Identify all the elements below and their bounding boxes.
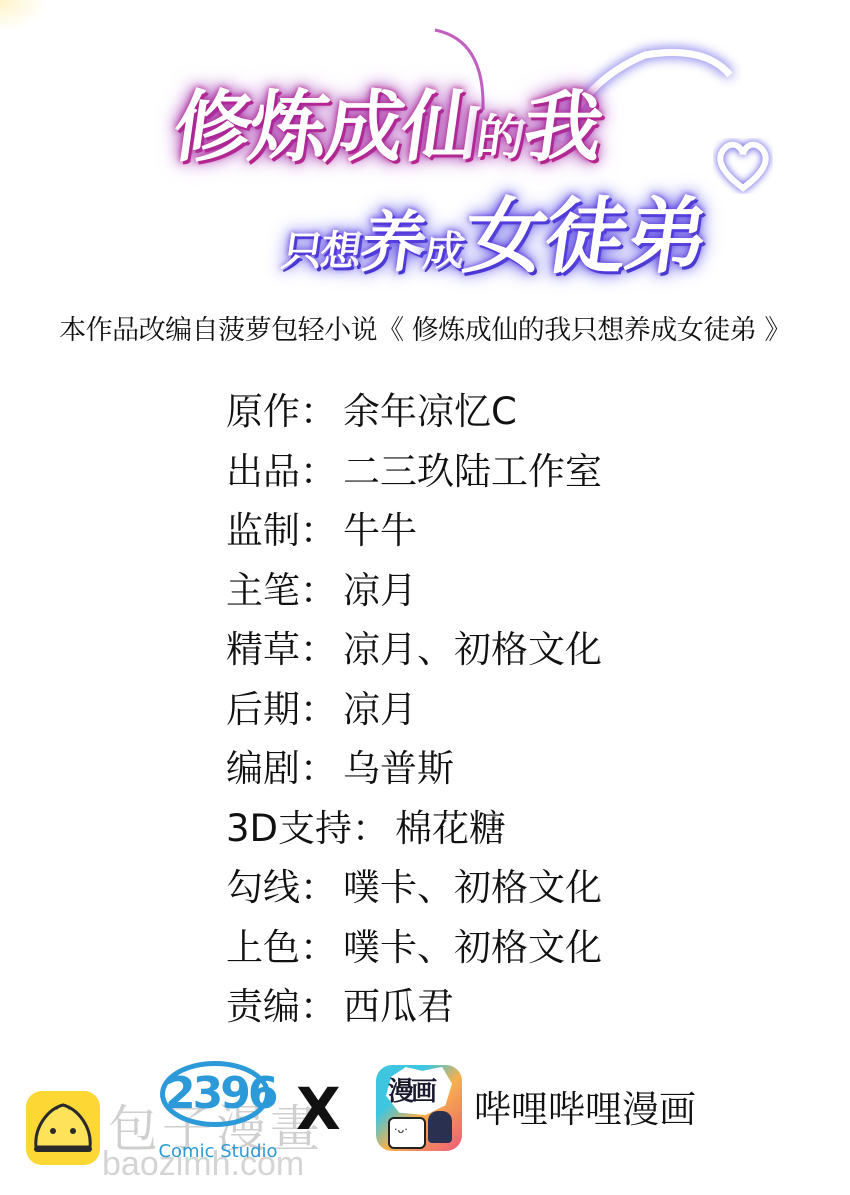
credit-value: 凉月 bbox=[343, 563, 417, 619]
credit-label: 勾线： bbox=[226, 860, 337, 916]
source-attribution: 本作品改编自菠萝包轻小说《 修炼成仙的我只想养成女徒弟 》 bbox=[0, 308, 850, 347]
credit-label: 精草： bbox=[226, 622, 337, 678]
bili-icon-text: 漫画 bbox=[388, 1071, 434, 1108]
title-text-b: 养 bbox=[356, 204, 431, 281]
bilibili-comics-app-icon: 漫画 ·ᴗ· bbox=[376, 1065, 462, 1151]
mascot-face: ·ᴗ· bbox=[394, 1123, 408, 1136]
credit-row-producer: 出品：二三玖陆工作室 bbox=[226, 444, 602, 504]
partner-name: 哔哩哔哩漫画 bbox=[474, 1079, 696, 1133]
credit-row-editor: 责编：西瓜君 bbox=[226, 979, 602, 1039]
title-text-end: 我 bbox=[518, 83, 607, 173]
credit-value: 牛牛 bbox=[343, 503, 417, 559]
corner-decoration bbox=[0, 0, 45, 30]
credit-row-writer: 编剧：乌普斯 bbox=[226, 741, 602, 801]
credits-list: 原作：余年凉忆C 出品：二三玖陆工作室 监制：牛牛 主笔：凉月 精草：凉月、初格… bbox=[226, 384, 602, 1039]
credit-value: 凉月、初格文化 bbox=[343, 622, 602, 678]
credit-label: 编剧： bbox=[226, 741, 337, 797]
tv-mascot-icon: ·ᴗ· bbox=[388, 1117, 426, 1149]
credit-row-original: 原作：余年凉忆C bbox=[226, 384, 602, 444]
credit-label: 责编： bbox=[226, 979, 337, 1035]
credit-value: 噗卡、初格文化 bbox=[343, 920, 602, 976]
credit-value: 凉月 bbox=[343, 682, 417, 738]
credit-label: 出品： bbox=[226, 444, 337, 500]
credit-row-lead-artist: 主笔：凉月 bbox=[226, 563, 602, 623]
credit-value: 噗卡、初格文化 bbox=[343, 860, 602, 916]
credit-value: 余年凉忆C bbox=[343, 384, 517, 440]
collaboration-x: X bbox=[296, 1075, 341, 1143]
credit-row-lineart: 勾线：噗卡、初格文化 bbox=[226, 860, 602, 920]
credit-value: 西瓜君 bbox=[343, 979, 454, 1035]
credit-label: 3D支持： bbox=[226, 801, 389, 857]
credit-row-supervisor: 监制：牛牛 bbox=[226, 503, 602, 563]
baozi-app-icon bbox=[26, 1091, 100, 1165]
credit-label: 后期： bbox=[226, 682, 337, 738]
studio-name: Comic Studio bbox=[148, 1141, 288, 1162]
footer-logos: 包子漫畫 baozimh.com 2396 Comic Studio X 漫画 … bbox=[0, 1045, 850, 1195]
credit-row-3d: 3D支持：棉花糖 bbox=[226, 801, 602, 861]
credit-row-color: 上色：噗卡、初格文化 bbox=[226, 920, 602, 980]
studio-logo: 2396 Comic Studio bbox=[150, 1053, 280, 1163]
credit-label: 监制： bbox=[226, 503, 337, 559]
credit-value: 乌普斯 bbox=[343, 741, 454, 797]
credit-row-sketch: 精草：凉月、初格文化 bbox=[226, 622, 602, 682]
studio-number: 2396 bbox=[160, 1061, 270, 1127]
title-line-2: 只想养成女徒弟 bbox=[277, 170, 716, 289]
credit-value: 棉花糖 bbox=[395, 801, 506, 857]
credit-label: 原作： bbox=[226, 384, 337, 440]
title-text-a: 只想 bbox=[279, 227, 364, 275]
bun-icon bbox=[26, 1091, 100, 1165]
credit-value: 二三玖陆工作室 bbox=[343, 444, 602, 500]
credit-label: 上色： bbox=[226, 920, 337, 976]
title-line-1: 修炼成仙的我 bbox=[167, 65, 609, 177]
thumbs-up-icon bbox=[428, 1111, 452, 1143]
title-logo: 修炼成仙的我 只想养成女徒弟 bbox=[165, 20, 785, 280]
heart-icon bbox=[713, 138, 773, 194]
credit-row-post: 后期：凉月 bbox=[226, 682, 602, 742]
title-text-main: 修炼成仙 bbox=[168, 83, 485, 173]
title-text-d: 女徒弟 bbox=[458, 189, 713, 285]
credit-label: 主笔： bbox=[226, 563, 337, 619]
